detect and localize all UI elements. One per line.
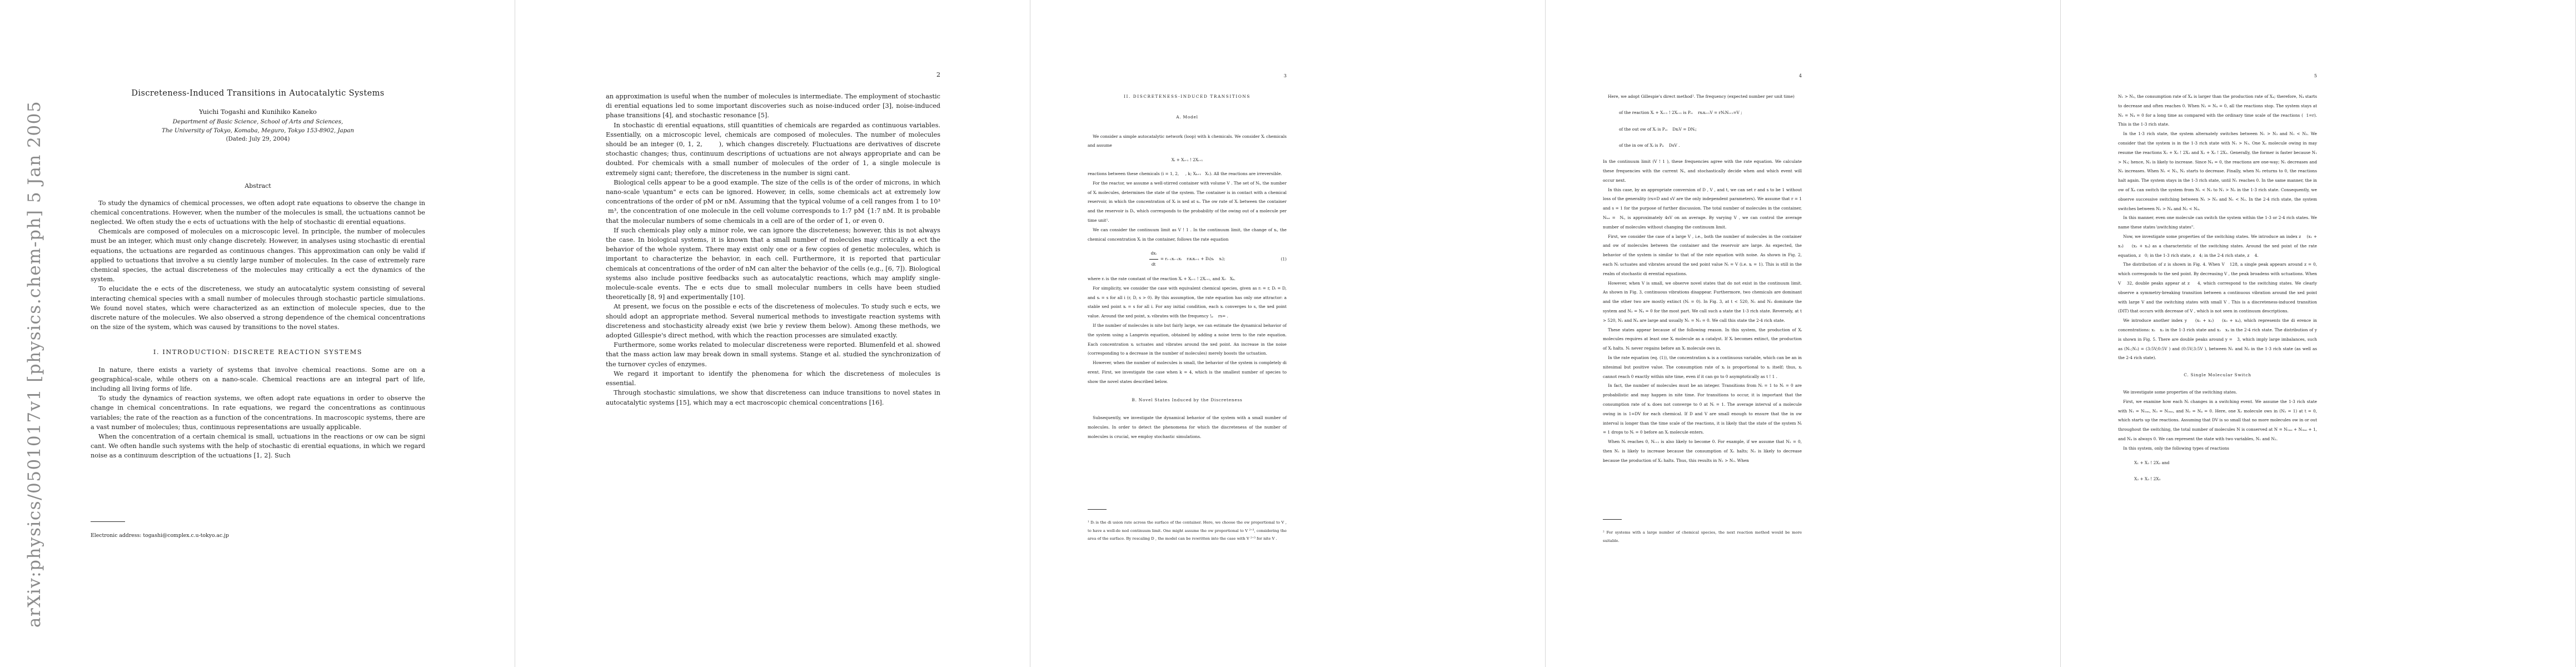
body-paragraph: In this manner, even one molecule can sw… — [2118, 213, 2317, 232]
section-heading: I. INTRODUCTION: DISCRETE REACTION SYSTE… — [91, 347, 425, 357]
body-paragraph: For the reactor, we assume a well-stirre… — [1088, 179, 1287, 226]
body-paragraph: In the continuum limit (V ! 1 ), these f… — [1603, 157, 1802, 185]
body-paragraph: Furthermore, some works related to molec… — [606, 340, 940, 369]
spacer — [1088, 387, 1287, 396]
body-paragraph: First, we consider the case of a large V… — [1603, 232, 1802, 279]
display-equation: of the out ow of Xᵢ is Pₒᵢ DxᵢV = DNᵢ; — [1619, 125, 1802, 135]
authors-line: Yuichi Togashi and Kunihiko Kaneko — [91, 107, 425, 117]
body-paragraph: We introduce another index y (x₁ + x₂) (… — [2118, 316, 2317, 363]
spacer — [1088, 0, 1287, 92]
body-paragraph: In this case, by an appropriate conversi… — [1603, 186, 1802, 232]
page-title: Discreteness-Induced Transitions in Auto… — [91, 88, 425, 99]
body-paragraph: However, when V is small, we observe nov… — [1603, 279, 1802, 326]
spacer — [1603, 118, 1802, 125]
body-paragraph: The distribution of z is shown in Fig. 4… — [2118, 260, 2317, 316]
equation-1: dxᵢdt= rᵢ₋₁xᵢ₋₁xᵢ rᵢxᵢxᵢ₊₁ + Dᵢ(sᵢ xᵢ);(… — [1088, 247, 1287, 272]
display-equation: of the in ow of Xᵢ is Pᵢᵢ DsV . — [1619, 141, 1802, 151]
subsection-heading: C. Single Molecular Switch — [2118, 371, 2317, 380]
spacer — [91, 144, 425, 182]
footnote-text: Electronic address: togashi@complex.c.u-… — [91, 532, 425, 540]
section-heading: II. DISCRETENESS-INDUCED TRANSITIONS — [1088, 92, 1287, 102]
spacer — [91, 332, 425, 347]
spacer — [2118, 363, 2317, 371]
footnote-text: ¹ Dᵢ is the di usion rate across the sur… — [1088, 519, 1287, 543]
spacer — [606, 0, 940, 92]
equation-body: = rᵢ₋₁xᵢ₋₁xᵢ rᵢxᵢxᵢ₊₁ + Dᵢ(sᵢ xᵢ); — [1160, 255, 1225, 264]
footnote-block: Electronic address: togashi@complex.c.u-… — [91, 521, 425, 540]
spacer — [1088, 122, 1287, 132]
arxiv-watermark: arXiv:physics/0501017v1 [physics.chem-ph… — [24, 101, 44, 628]
spacer — [1603, 102, 1802, 108]
page-1: arXiv:physics/0501017v1 [physics.chem-ph… — [0, 0, 515, 667]
paper-canvas: arXiv:physics/0501017v1 [physics.chem-ph… — [0, 0, 2576, 667]
body-paragraph: In fact, the number of molecules must be… — [1603, 381, 1802, 437]
footnote-block: ² For systems with a large number of che… — [1603, 519, 1802, 545]
body-paragraph: Through stochastic simulations, we show … — [606, 388, 940, 407]
body-paragraph: Here, we adopt Gillespie's direct method… — [1603, 92, 1802, 102]
body-paragraph: Subsequently, we investigate the dynamic… — [1088, 414, 1287, 441]
abstract-heading: Abstract — [91, 182, 425, 191]
spacer — [1088, 102, 1287, 113]
affiliation-line: Department of Basic Science, School of A… — [91, 118, 425, 127]
affiliation-line: The University of Tokyo, Komaba, Meguro,… — [91, 127, 425, 136]
body-paragraph: In stochastic di erential equations, sti… — [606, 121, 940, 178]
subsection-heading: B. Novel States Induced by the Discreten… — [1088, 396, 1287, 405]
body-paragraph: We can consider the continuum limit as V… — [1088, 226, 1287, 245]
subsection-heading: A. Model — [1088, 113, 1287, 122]
body-paragraph: Chemicals are composed of molecules on a… — [91, 227, 425, 284]
display-equation: X₁ + X₂ ! 2X₂ and — [2134, 459, 2317, 468]
body-paragraph: To elucidate the e ects of the discreten… — [91, 284, 425, 332]
spacer — [1603, 134, 1802, 141]
spacer — [91, 357, 425, 365]
spacer — [1603, 151, 1802, 157]
spacer — [2118, 468, 2317, 475]
page-2: 2an approximation is useful when the num… — [515, 0, 1030, 667]
page-4: 4Here, we adopt Gillespie's direct metho… — [1546, 0, 2061, 667]
spacer — [2118, 453, 2317, 459]
body-paragraph: We consider a simple autocatalytic netwo… — [1088, 132, 1287, 151]
fraction: dxᵢdt — [1149, 249, 1158, 270]
spacer — [1088, 510, 1287, 519]
body-paragraph: where rᵢ is the rate constant of the rea… — [1088, 275, 1287, 284]
body-paragraph: N₁ > N₃, the consumption rate of X₄ is l… — [2118, 92, 2317, 130]
spacer — [91, 0, 425, 88]
spacer — [1088, 151, 1287, 156]
body-paragraph: However, when the number of molecules is… — [1088, 359, 1287, 386]
display-equation: X₂ + X₃ ! 2X₃ — [2134, 475, 2317, 484]
spacer — [1603, 0, 1802, 92]
body-paragraph: reactions between these chemicals (i = 1… — [1088, 170, 1287, 179]
spacer — [2118, 0, 2317, 92]
footnote-block: ¹ Dᵢ is the di usion rate across the sur… — [1088, 509, 1287, 543]
display-equation: Xᵢ + Xᵢ₊₁ ! 2Xᵢ₊₁ — [1088, 156, 1287, 165]
body-paragraph: an approximation is useful when the numb… — [606, 92, 940, 121]
body-paragraph: In the 1-3 rich state, the system altern… — [2118, 130, 2317, 213]
date-line: (Dated: July 29, 2004) — [91, 135, 425, 144]
spacer — [91, 191, 425, 198]
spacer — [2118, 380, 2317, 388]
page-5: 5N₁ > N₃, the consumption rate of X₄ is … — [2061, 0, 2576, 667]
body-paragraph: These states appear because of the follo… — [1603, 326, 1802, 354]
page-3: 3II. DISCRETENESS-INDUCED TRANSITIONSA. … — [1030, 0, 1546, 667]
spacer — [91, 522, 425, 532]
body-paragraph: In the rate equation (eq. (1)), the conc… — [1603, 354, 1802, 381]
equation-number: (1) — [1281, 255, 1287, 264]
spacer — [1088, 165, 1287, 170]
body-paragraph: In this system, only the following types… — [2118, 444, 2317, 454]
body-paragraph: First, we examine how each Nᵢ changes in… — [2118, 397, 2317, 444]
body-paragraph: To study the dynamics of reaction system… — [91, 394, 425, 432]
body-paragraph: When the concentration of a certain chem… — [91, 432, 425, 461]
body-paragraph: If the number of molecules is nite but f… — [1088, 321, 1287, 359]
body-paragraph: When Nᵢ reaches 0, Nᵢ₊₂ is also likely t… — [1603, 437, 1802, 465]
spacer — [1603, 520, 1802, 529]
equation-denominator: dt — [1149, 260, 1158, 270]
body-paragraph: If such chemicals play only a minor role… — [606, 226, 940, 302]
body-paragraph: In nature, there exists a variety of sys… — [91, 365, 425, 394]
footnote-text: ² For systems with a large number of che… — [1603, 529, 1802, 545]
body-paragraph: At present, we focus on the possible e e… — [606, 302, 940, 340]
body-paragraph: To study the dynamics of chemical proces… — [91, 198, 425, 227]
display-equation: of the reaction Xᵢ + Xᵢ₊₁ ! 2Xᵢ₊₁ is Pᵣᵢ… — [1619, 108, 1802, 118]
body-paragraph: For simplicity, we consider the case wit… — [1088, 284, 1287, 321]
spacer — [1088, 405, 1287, 414]
body-paragraph: Biological cells appear to be a good exa… — [606, 178, 940, 226]
body-paragraph: Now, we investigate some properties of t… — [2118, 232, 2317, 260]
spacer — [91, 99, 425, 107]
equation-numerator: dxᵢ — [1149, 249, 1158, 260]
body-paragraph: We regard it important to identify the p… — [606, 369, 940, 388]
body-paragraph: We investigate some properties of the sw… — [2118, 388, 2317, 397]
